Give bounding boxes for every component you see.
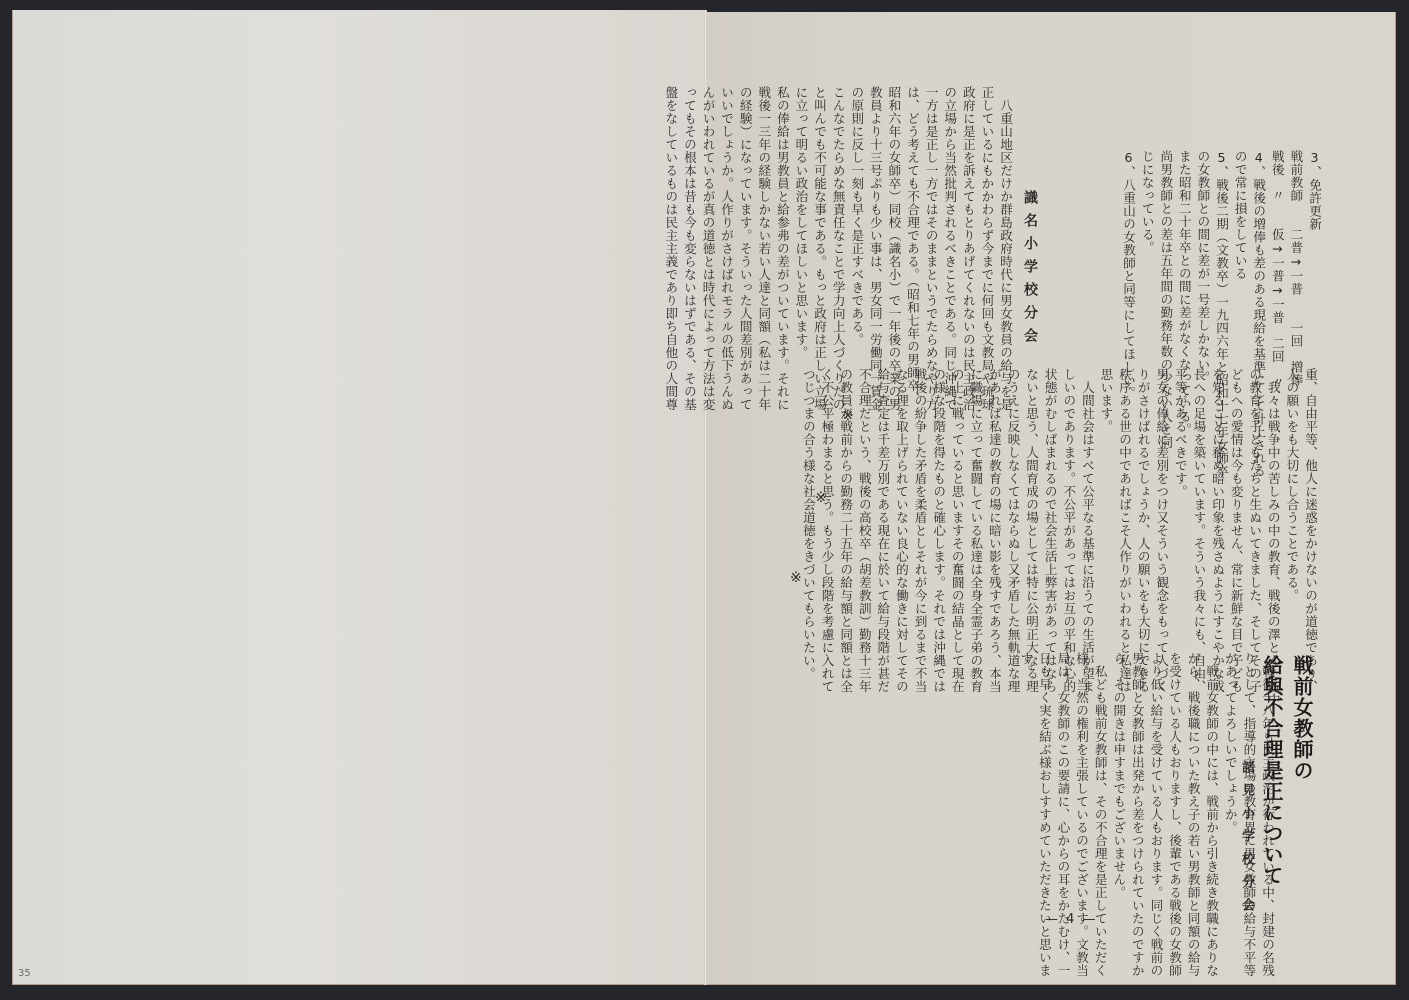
list-item: 尚男教師との差は五年間の勤務年数の少ない人と同 xyxy=(1156,150,1175,362)
text-column: 戦後十八年も民主政治が行われている中、封建の名残 xyxy=(1257,652,1276,930)
text-column: 秩序ある世の中であればこそ人作りがいわれると私達は xyxy=(1114,368,1133,630)
left-blank-page xyxy=(12,10,707,985)
list-item: の女教師との間に差が一号差しかない。 xyxy=(1193,150,1212,362)
text-column: の様な段階を得たものと確心します。それでは沖縄では xyxy=(929,368,948,630)
text-column: 様、当然の権利を主張しているのでございます。文教当 xyxy=(1071,652,1090,930)
text-column: 我々は戦争中の苦しみの中の教育、戦後の澤とんたる中 xyxy=(1263,368,1282,630)
list-item: また昭和二十年卒との間に差がなくなっている。 xyxy=(1174,150,1193,362)
list-item: 3、免許更新 xyxy=(1304,150,1323,362)
text-column: の経験）になっています。そういった人間差別があって xyxy=(735,86,754,311)
text-column: がら、戦後職についた教え子の若い男教師と同額の給与 xyxy=(1183,652,1202,930)
text-column: 男教師と女教師は出発から差をつけられていたのですか xyxy=(1127,652,1146,930)
text-column: があれば私達の教育の場に暗い影を残すであろう、本当 xyxy=(984,368,1003,630)
text-column: は、どう考えても不合理である。（昭和七年の男師卒、 xyxy=(902,86,921,311)
section-heading: 識名小学校分会 xyxy=(1020,190,1040,351)
text-column: 私ども戦前女教師は、その不合理を是正していただく xyxy=(1090,652,1109,930)
text-column: の教育を子どもたちと生ぬいてきました、そしてその子 xyxy=(1245,368,1264,630)
text-column: 一方は是正し一方ではそのままというでたらめなやり方 xyxy=(921,86,940,311)
text-column: 政府に是正を訴えてもとりあげてくれないのは民主政治 xyxy=(958,86,977,311)
text-column: 教員より十三号ぷりも少い事は、男女同一労働同一賃金 xyxy=(865,86,884,311)
separator-mark: ※ xyxy=(815,490,827,506)
text-column: 八重山地区だけか群島政府時代に男女教員の給与を是 xyxy=(995,86,1014,311)
text-column: 盤をなしているものは民主主義であり即ち自他の人間尊 xyxy=(661,86,680,311)
text-column: ってもその根本は昔も今も変らないはずである、その基 xyxy=(679,86,698,311)
text-column: りがさけばれるでしょうか、人の願いをも大切にできる xyxy=(1133,368,1152,630)
text-column: んがいわれているが真の道徳とは時代によって方法は変 xyxy=(698,86,717,311)
text-column: 男女の俸給に差別をつけ又そういう観念をもって人づく xyxy=(1152,368,1171,630)
pencil-annotation: 35 xyxy=(18,968,31,979)
text-column: に立って明るい政治をしてほしいと思います。 xyxy=(791,86,810,311)
text-column: 私の俸給は男教員と給参弗の差がついています。それに xyxy=(772,86,791,311)
text-column: 昭和六年の女師卒）同校（識名小）で一年後の卒業の男 xyxy=(884,86,903,311)
text-column: 人間社会はすべて公平なる基準に沿うての生活が望ま xyxy=(1077,368,1096,630)
text-column: と叫んでも不可能な事である。もっと政府は正しい立場 xyxy=(809,86,828,311)
text-column: 局は、女教師のこの要請に、心からの耳をかたむけ、一 xyxy=(1053,652,1072,930)
middle-body: 重、自由平等、他人に迷惑をかけないのが道徳であり、 人の願いをも大切にし合うこと… xyxy=(798,368,1319,630)
list-item: 戦前教師 二普→一普 一回 増俸 xyxy=(1286,150,1305,362)
section-body: 八重山地区だけか群島政府時代に男女教員の給与を是 正しているにもかかわらず今まで… xyxy=(661,86,1014,311)
text-column: 給与査定は千差万別である現在に於いて給与段階が甚だ xyxy=(873,368,892,630)
list-item: 戦後 〃 仮→一普→一普 二回 〃 xyxy=(1267,150,1286,362)
text-column: 戦後一三年の経験しかない若い人達と同額（私は二十年 xyxy=(754,86,773,311)
text-column: 平等があるべきです。 xyxy=(1170,368,1189,630)
text-column: 思います。 xyxy=(1096,368,1115,630)
separator-mark: ※ xyxy=(790,570,802,586)
list-item: ので常に損をしている xyxy=(1230,150,1249,362)
list-item: じになっている。 xyxy=(1137,150,1156,362)
title-line-1: 戦前女教師の xyxy=(1287,655,1317,886)
text-column: りとして、指導的立場の教育界に男女教師の給与不平等 xyxy=(1239,652,1258,930)
grievance-list: 3、免許更新 戦前教師 二普→一普 一回 増俸 戦後 〃 仮→一普→一普 二回 … xyxy=(1118,150,1323,362)
text-column: なる理を取上げられていない良心的な働きに対してその xyxy=(891,368,910,630)
text-column: を知ることに務め暗い印象を残さぬようにすこやかな成 xyxy=(1207,368,1226,630)
page-number: — 4 — xyxy=(1045,912,1098,927)
text-column: 日も早く実を結ぶ様おしすすめていただきたいと思いま xyxy=(1034,652,1053,930)
text-column: 人の願いをも大切にし合うことである。 xyxy=(1282,368,1301,630)
text-column: より低い給与を受けている人もおります。同じく戦前の xyxy=(1146,652,1165,930)
text-column: 戦後の紛争した矛盾を柔盾としそれが今に到るまで不当 xyxy=(910,368,929,630)
text-column: しいのであります。不公平があってはお互の平和な心的 xyxy=(1059,368,1078,630)
text-column: があってよろしいでしょうか。 xyxy=(1220,652,1239,930)
list-item: 5、戦後二期（文教卒）一九四六年と昭和十七年女師卒 xyxy=(1211,150,1230,362)
separator-mark: ※ xyxy=(842,408,854,424)
text-column: いいでしょうか。人作りがさけばれモラルの低下うんぬ xyxy=(717,86,736,311)
text-column: ないと思う、人間育成の場としては特に公明正大なる理 xyxy=(1022,368,1041,630)
article-body: 戦後十八年も民主政治が行われている中、封建の名残 りとして、指導的立場の教育界に… xyxy=(1016,652,1276,930)
text-column: に職場に立って奮闘している私達は全身全霊子弟の教育 xyxy=(966,368,985,630)
text-column: のうえに反映しなくてはならぬし又矛盾した無軌道な理 xyxy=(1003,368,1022,630)
text-column: どもへの愛情は今も変りません、常に新鮮な目で子ども xyxy=(1226,368,1245,630)
text-column: 長への足場を築いています。そういう我々にも、自由、 xyxy=(1189,368,1208,630)
list-item: 4、戦後の増俸も差のある現給を基準にして計上される xyxy=(1249,150,1268,362)
text-column: 戦前女教師の中には、戦前から引き続き教職にありな xyxy=(1202,652,1221,930)
text-column: の立場から当然批判されるべきことである。同じ沖縄で xyxy=(940,86,959,311)
text-column: 正しているにもかかわらず今までに何回も文教局や琉球 xyxy=(977,86,996,311)
text-column: 重、自由平等、他人に迷惑をかけないのが道徳であり、 xyxy=(1300,368,1319,630)
text-column: 不合理だという、戦後の高校卒（胡差教訓）勤務十三年 xyxy=(854,368,873,630)
text-column: の上に戦っていると思いますその奮闘の結晶として現在 xyxy=(947,368,966,630)
text-column: 状態がむしばまれるので社会生活上弊害があってはなら xyxy=(1040,368,1059,630)
text-column: す。 xyxy=(1016,652,1035,930)
text-column: を受けている人もおりますし、後輩である戦後の女教師 xyxy=(1164,652,1183,930)
text-column: ら、その開きは申すまでもございません。 xyxy=(1109,652,1128,930)
text-column: の原則に反し一刻も早く是正すべきである。 xyxy=(847,86,866,311)
list-item: 6、八重山の女教師と同等にしてほしい。 xyxy=(1118,150,1137,362)
text-column: こんなでたらめな無責任なことで学力向上人づくりだの xyxy=(828,86,847,311)
